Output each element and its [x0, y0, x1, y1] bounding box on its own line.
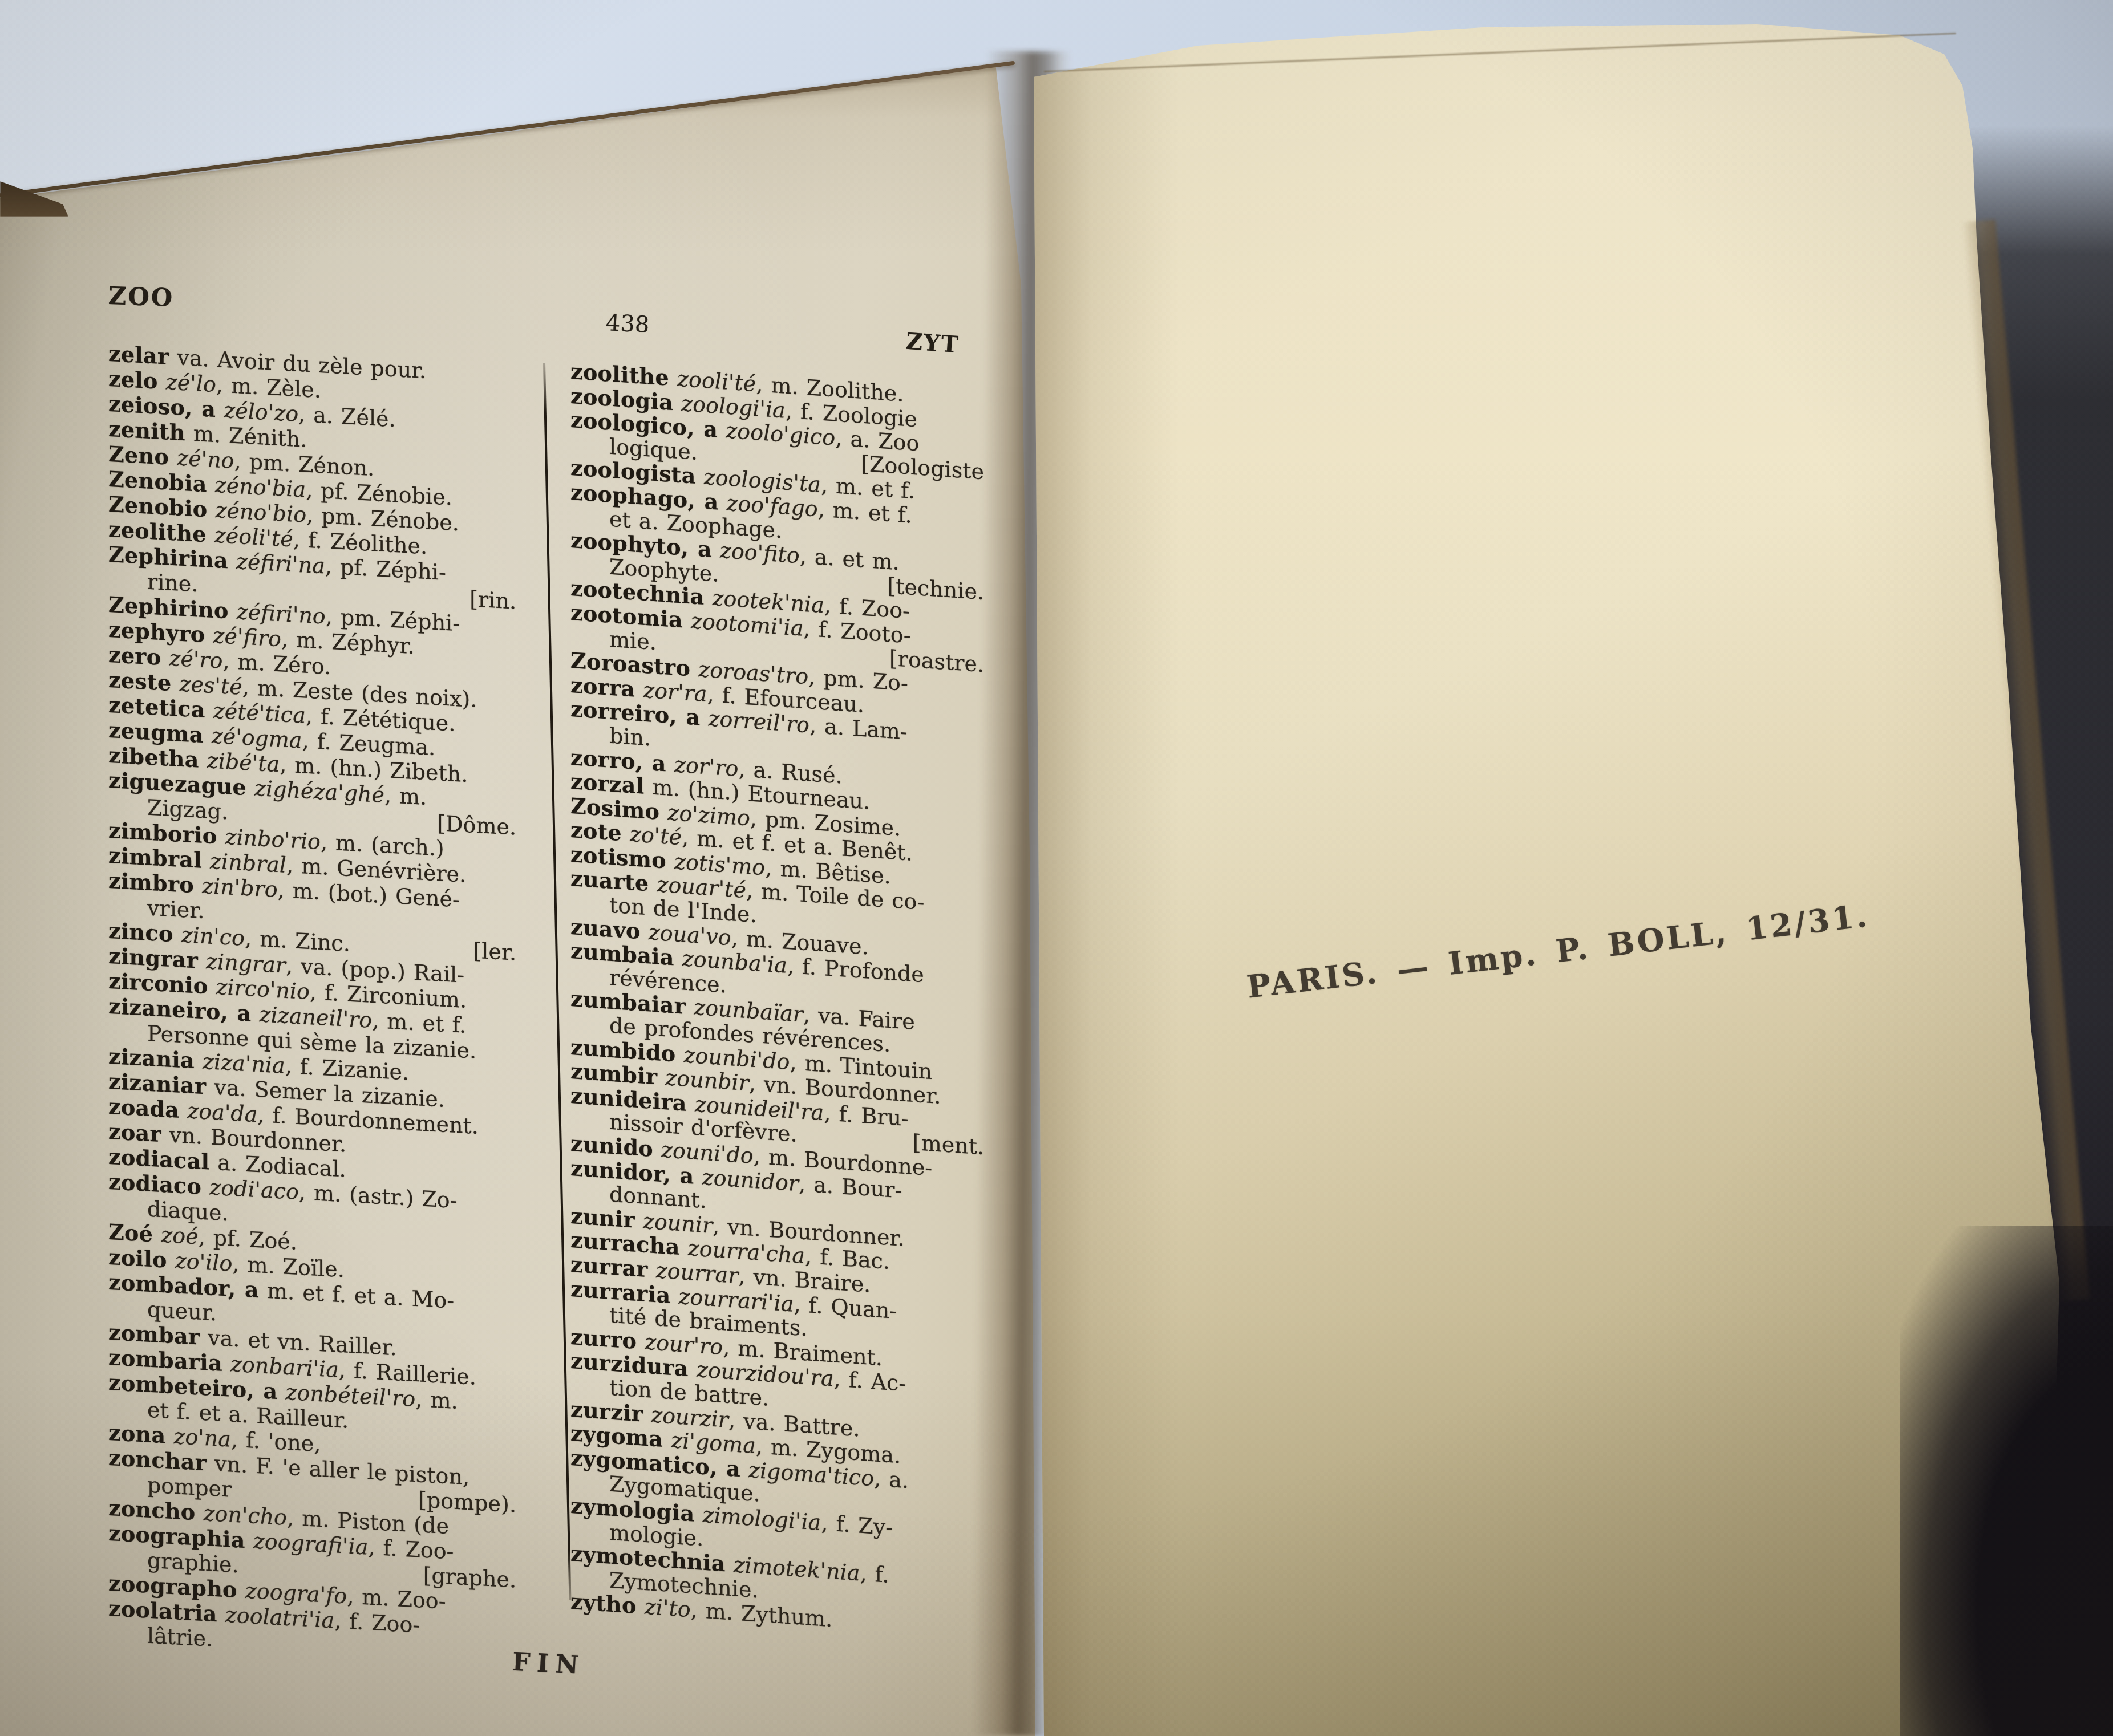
catchword: [ler.	[462, 938, 516, 966]
dictionary-column-right: zoolithe zooli'té, m. Zoolithe.zoologia …	[570, 359, 984, 1642]
fin-label: FIN	[512, 1648, 586, 1681]
running-head-left: ZOO	[108, 282, 175, 313]
backdrop-shadow-bottom-right	[1900, 1226, 2113, 1736]
dictionary-column-left: zelar va. Avoir du zèle pour.zelo zé'lo,…	[108, 341, 516, 1668]
open-book-photo: ZOO 438 ZYT zelar va. Avoir du zèle pour…	[0, 0, 2113, 1736]
catchword: [rin.	[458, 586, 516, 614]
running-head-right: ZYT	[905, 328, 960, 358]
page-number: 438	[605, 310, 650, 338]
